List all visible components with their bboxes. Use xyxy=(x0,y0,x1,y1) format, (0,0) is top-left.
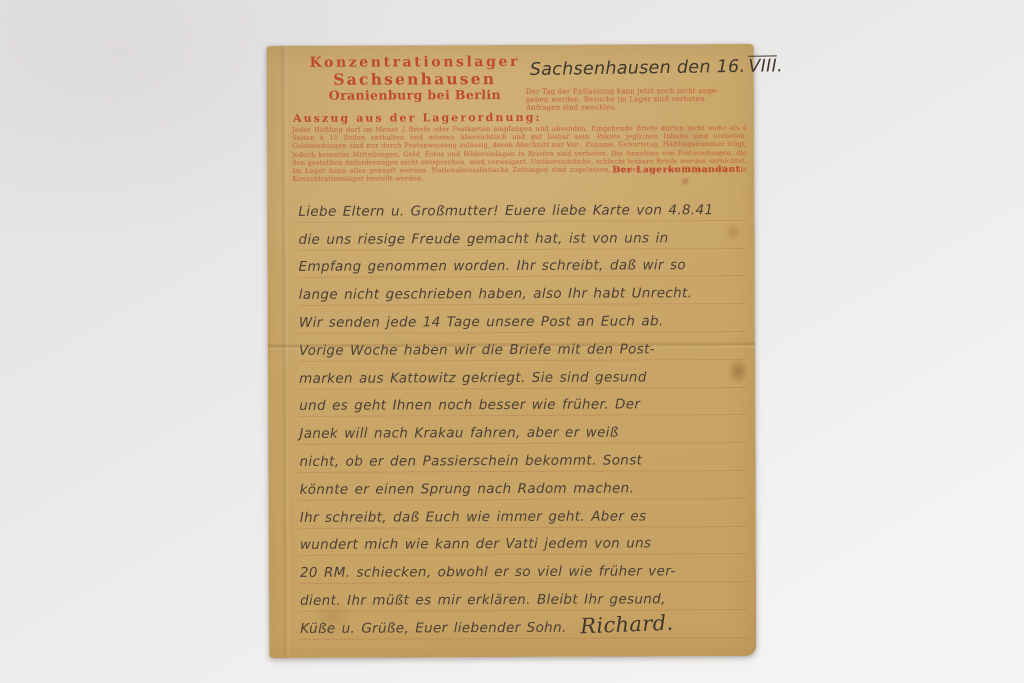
notice-line: Anfragen sind zwecklos. xyxy=(526,103,744,112)
letter-line: Ihr schreibt, daß Euch wie immer geht. A… xyxy=(300,499,747,529)
letter-line: Wir senden jede 14 Tage unsere Post an E… xyxy=(299,304,746,334)
letter-line: Liebe Eltern u. Großmutter! Euere liebe … xyxy=(298,193,745,223)
letter-line: Empfang genommen worden. Ihr schreibt, d… xyxy=(299,249,746,279)
sender-signature: Richard. xyxy=(580,612,674,637)
camp-letterhead: Konzentrationslager Sachsenhausen Oranie… xyxy=(297,54,533,104)
photo-backdrop: Konzentrationslager Sachsenhausen Oranie… xyxy=(0,0,1024,683)
letter-line: wundert mich wie kann der Vatti jedem vo… xyxy=(300,527,747,557)
letter-line: und es geht Ihnen noch besser wie früher… xyxy=(299,388,746,418)
date-suffix: . xyxy=(777,56,783,76)
letter-line: Janek will nach Krakau fahren, aber er w… xyxy=(299,415,746,445)
release-notice: Der Tag der Entlassung kann jetzt noch n… xyxy=(526,87,744,113)
letter-line: nicht, ob er den Passierschein bekommt. … xyxy=(299,443,746,473)
camp-name-line2: Sachsenhausen xyxy=(297,70,533,88)
camp-name-line1: Konzentrationslager xyxy=(297,54,533,71)
letter-line: dient. Ihr müßt es mir erklären. Bleibt … xyxy=(300,582,747,612)
letter-body: Liebe Eltern u. Großmutter! Euere liebe … xyxy=(298,193,747,640)
letter-line: die uns riesige Freude gemacht hat, ist … xyxy=(298,221,745,251)
letter-paper: Konzentrationslager Sachsenhausen Oranie… xyxy=(267,44,757,658)
letter-line: könnte er einen Sprung nach Radom machen… xyxy=(300,471,747,501)
regulations-heading: Auszug aus der Lagerordnung: xyxy=(293,111,542,125)
date-month-numeral: VIII xyxy=(748,56,777,76)
letter-line: lange nicht geschrieben haben, also Ihr … xyxy=(299,276,746,306)
camp-location: Oranienburg bei Berlin xyxy=(297,87,533,104)
handwritten-date: Sachsenhausen den 16.VIII. xyxy=(530,57,745,80)
letter-closing-line: Küße u. Grüße, Euer liebender Sohn. Rich… xyxy=(300,610,747,640)
letter-line: 20 RM. schiecken, obwohl er so viel wie … xyxy=(300,554,747,584)
letter-line: Vorige Woche haben wir die Briefe mit de… xyxy=(299,332,746,362)
closing-text: Küße u. Grüße, Euer liebender Sohn. xyxy=(300,620,566,637)
fold-crease-vertical xyxy=(280,46,291,658)
commandant-signature: Der Lagerkommandant. xyxy=(612,165,744,176)
date-place: Sachsenhausen den 16. xyxy=(530,57,746,80)
letter-line: marken aus Kattowitz gekriegt. Sie sind … xyxy=(299,360,746,390)
